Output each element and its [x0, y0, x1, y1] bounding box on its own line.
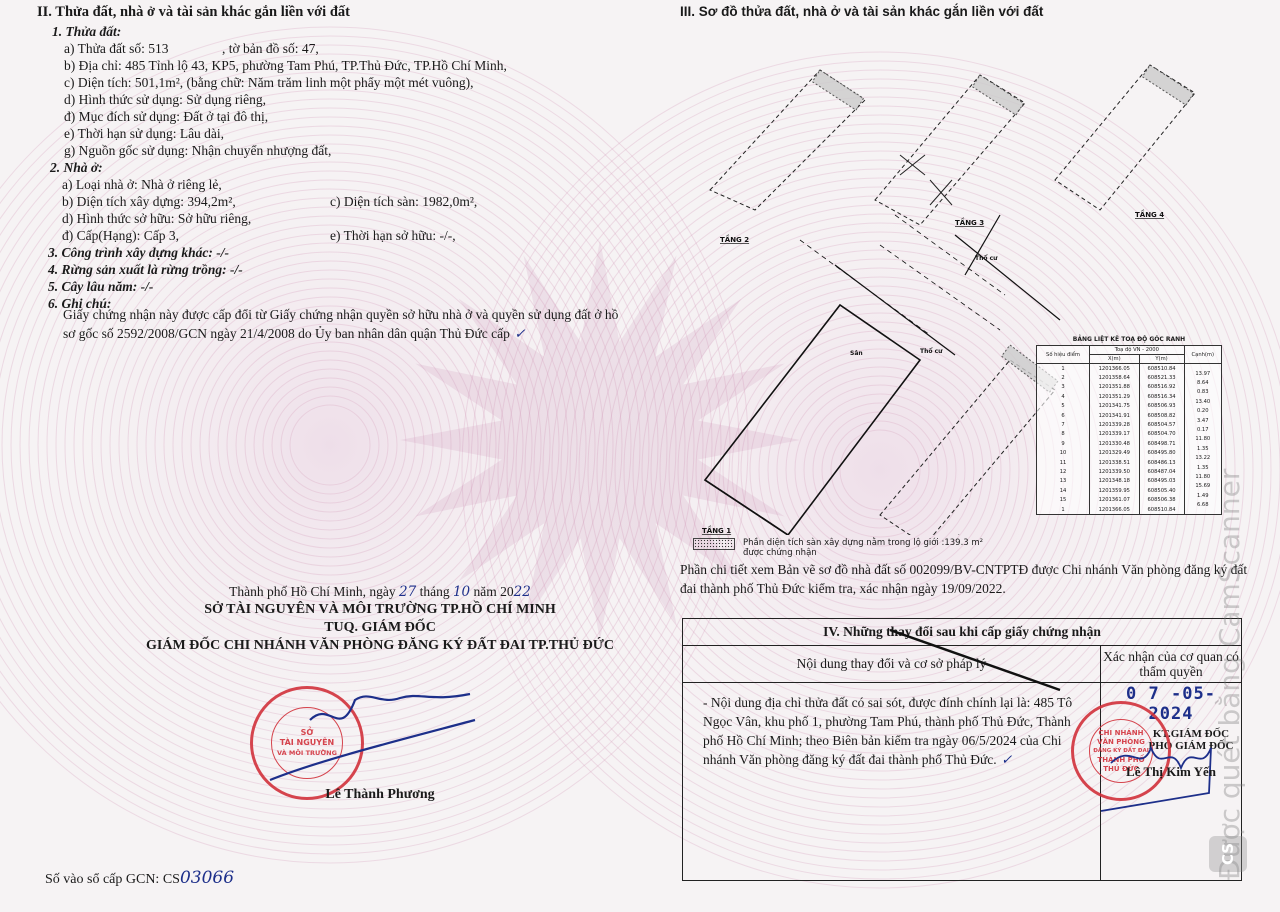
detail-note: Phần chi tiết xem Bản vẽ sơ đồ nhà đất s…	[680, 560, 1250, 598]
camscanner-logo-icon: CS	[1209, 836, 1247, 872]
house-heading: 2. Nhà ở:	[50, 160, 103, 176]
notes-text: Giấy chứng nhận này được cấp đổi từ Giấy…	[63, 305, 623, 344]
house-ownership-form: d) Hình thức sở hữu: Sở hữu riêng,	[62, 211, 251, 227]
production-forest: 4. Rừng sản xuất là rừng trồng: -/-	[48, 262, 243, 278]
right-page: III. Sơ đồ thửa đất, nhà ở và tài sản kh…	[640, 0, 1280, 912]
signing-place-date: Thành phố Hồ Chí Minh, ngày 27 tháng 10 …	[140, 584, 620, 600]
svg-text:Thổ cư: Thổ cư	[975, 255, 998, 262]
basement-outline	[880, 360, 1055, 535]
svg-text:Sân: Sân	[850, 350, 863, 357]
notes-body: Giấy chứng nhận này được cấp đổi từ Giấy…	[63, 307, 618, 341]
sign-month: 10	[453, 584, 470, 600]
house-build-area: b) Diện tích xây dựng: 394,2m²,	[62, 194, 236, 210]
section-title-diagram: III. Sơ đồ thửa đất, nhà ở và tài sản kh…	[680, 4, 1043, 19]
house-type: a) Loại nhà ở: Nhà ở riêng lẻ,	[62, 177, 222, 193]
svg-text:TẦNG 1: TẦNG 1	[702, 525, 731, 535]
sign-year: 22	[514, 584, 531, 600]
legend-text: Phần diện tích sàn xây dựng nằm trong lộ…	[743, 538, 983, 548]
land-address: b) Địa chỉ: 485 Tỉnh lộ 43, KP5, phường …	[64, 58, 507, 74]
land-use-purpose: đ) Mục đích sử dụng: Đất ở tại đô thị,	[64, 109, 268, 125]
left-page: II. Thửa đất, nhà ở và tài sản khác gắn …	[0, 0, 640, 912]
header-edge: Cạnh(m)	[1184, 346, 1221, 364]
legend: Phần diện tích sàn xây dựng nằm trong lộ…	[693, 538, 983, 558]
hatched-legend-swatch	[693, 538, 735, 550]
correction-stroke	[870, 620, 1070, 720]
perennial-trees: 5. Cây lâu năm: -/-	[48, 279, 153, 295]
land-use-form: d) Hình thức sử dụng: Sử dụng riêng,	[64, 92, 266, 108]
svg-text:TẦNG 4: TẦNG 4	[1135, 209, 1164, 219]
header-x: X(m)	[1090, 355, 1140, 364]
house-grade: đ) Cấp(Hạng): Cấp 3,	[62, 228, 179, 244]
land-area: c) Diện tích: 501,1m², (bằng chữ: Năm tr…	[64, 75, 474, 91]
land-use-origin: g) Nguồn gốc sử dụng: Nhận chuyển nhượng…	[64, 143, 331, 159]
registry-number: Số vào sổ cấp GCN: CS03066	[45, 868, 234, 888]
signer-name-left: Lê Thành Phương	[310, 786, 450, 803]
coordinate-table-title: BẢNG LIỆT KÊ TOẠ ĐỘ GÓC RANH	[1036, 336, 1222, 343]
land-use-term: e) Thời hạn sử dụng: Lâu dài,	[64, 126, 224, 142]
sign-day: 27	[399, 584, 416, 600]
issuing-org: SỞ TÀI NGUYÊN VÀ MÔI TRƯỜNG TP.HỒ CHÍ MI…	[140, 602, 620, 618]
signer-title: GIÁM ĐỐC CHI NHÁNH VĂN PHÒNG ĐĂNG KÝ ĐẤT…	[140, 638, 620, 654]
changes-col2-header: Xác nhận của cơ quan có thẩm quyền	[1101, 646, 1242, 683]
signing-block: Thành phố Hồ Chí Minh, ngày 27 tháng 10 …	[140, 584, 620, 654]
house-ownership-term: e) Thời hạn sở hữu: -/-,	[330, 228, 456, 244]
section-title-land-house: II. Thửa đất, nhà ở và tài sản khác gắn …	[37, 4, 350, 21]
coordinate-row: 11201366.05608510.8413.97	[1037, 364, 1222, 374]
header-system: Toạ độ VN - 2000	[1090, 346, 1185, 355]
svg-text:TẦNG 2: TẦNG 2	[720, 234, 749, 244]
coordinate-table: BẢNG LIỆT KÊ TOẠ ĐỘ GÓC RANH Số hiệu điể…	[1036, 336, 1222, 515]
initial-mark: ✓	[510, 326, 526, 342]
signature-left	[260, 680, 480, 790]
signer-name-right: Lê Thị Kim Yến	[1101, 764, 1241, 780]
land-heading: 1. Thửa đất:	[52, 24, 121, 40]
header-point: Số hiệu điểm	[1037, 346, 1090, 364]
svg-text:TẦNG HẦM: TẦNG HẦM	[925, 534, 968, 535]
land-map-sheet: , tờ bản đồ số: 47,	[222, 41, 319, 57]
land-parcel-number: a) Thửa đất số: 513	[64, 41, 169, 57]
svg-text:TẦNG 3: TẦNG 3	[955, 217, 984, 227]
tuq-label: TUQ. GIÁM ĐỐC	[140, 620, 620, 636]
legend-text-2: được chứng nhận	[743, 548, 817, 558]
house-floor-area: c) Diện tích sàn: 1982,0m²,	[330, 194, 477, 210]
header-y: Y(m)	[1139, 355, 1184, 364]
other-construction: 3. Công trình xây dựng khác: -/-	[48, 245, 229, 261]
svg-text:Thổ cư: Thổ cư	[920, 348, 943, 355]
floor-1-outline	[705, 305, 920, 535]
